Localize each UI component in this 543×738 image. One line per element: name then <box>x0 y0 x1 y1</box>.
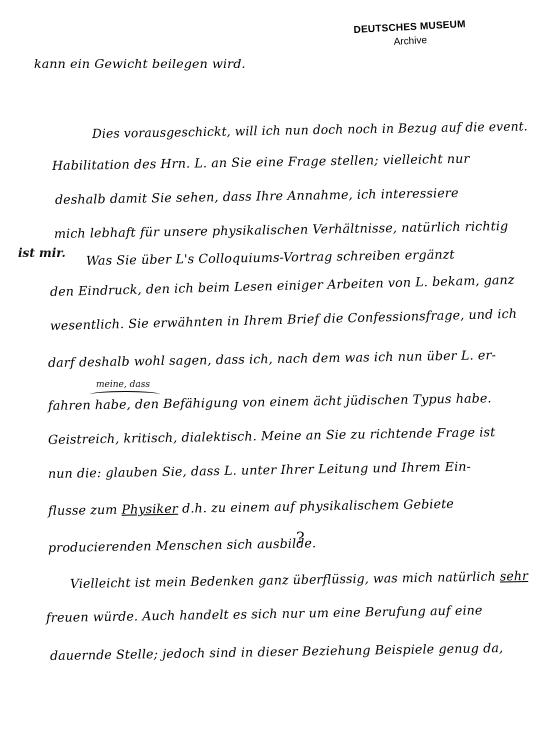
letter-line: den Eindruck, den ich beim Lesen einiger… <box>50 272 515 299</box>
interlinear-insertion: meine, dass <box>96 380 150 390</box>
letter-line: kann ein Gewicht beilegen wird. <box>34 56 246 71</box>
scanned-letter-page: DEUTSCHES MUSEUM Archive kann ein Gewich… <box>0 0 543 738</box>
letter-line: freuen würde. Auch handelt es sich nur u… <box>46 602 483 625</box>
letter-line: Geistreich, kritisch, dialektisch. Meine… <box>48 424 496 447</box>
underlined-word: sehr <box>500 568 528 583</box>
letter-line: flusse zum Physiker d.h. zu einem auf ph… <box>48 496 454 518</box>
letter-line: wesentlich. Sie erwähnten in Ihrem Brief… <box>50 306 517 333</box>
underlined-word: Physiker <box>121 501 178 517</box>
letter-line: dauernde Stelle; jedoch sind in dieser B… <box>50 640 503 663</box>
letter-line: Was Sie über L's Colloquiums-Vortrag sch… <box>86 247 455 268</box>
letter-line: darf deshalb wohl sagen, dass ich, nach … <box>48 347 496 370</box>
margin-note: ist mir. <box>18 246 66 260</box>
letter-line: Habilitation des Hrn. L. an Sie eine Fra… <box>52 151 470 173</box>
letter-line: nun die: glauben Sie, dass L. unter Ihre… <box>48 459 471 481</box>
question-mark: ? <box>296 528 305 547</box>
archive-stamp: DEUTSCHES MUSEUM Archive <box>339 18 480 50</box>
letter-line: mich lebhaft für unsere physikalischen V… <box>54 218 509 241</box>
letter-line: Dies vorausgeschickt, will ich nun doch … <box>92 118 528 141</box>
letter-line: deshalb damit Sie sehen, dass Ihre Annah… <box>55 185 459 207</box>
letter-line: Vielleicht ist mein Bedenken ganz überfl… <box>70 568 528 591</box>
letter-line: producierenden Menschen sich ausbilde. <box>48 535 316 555</box>
